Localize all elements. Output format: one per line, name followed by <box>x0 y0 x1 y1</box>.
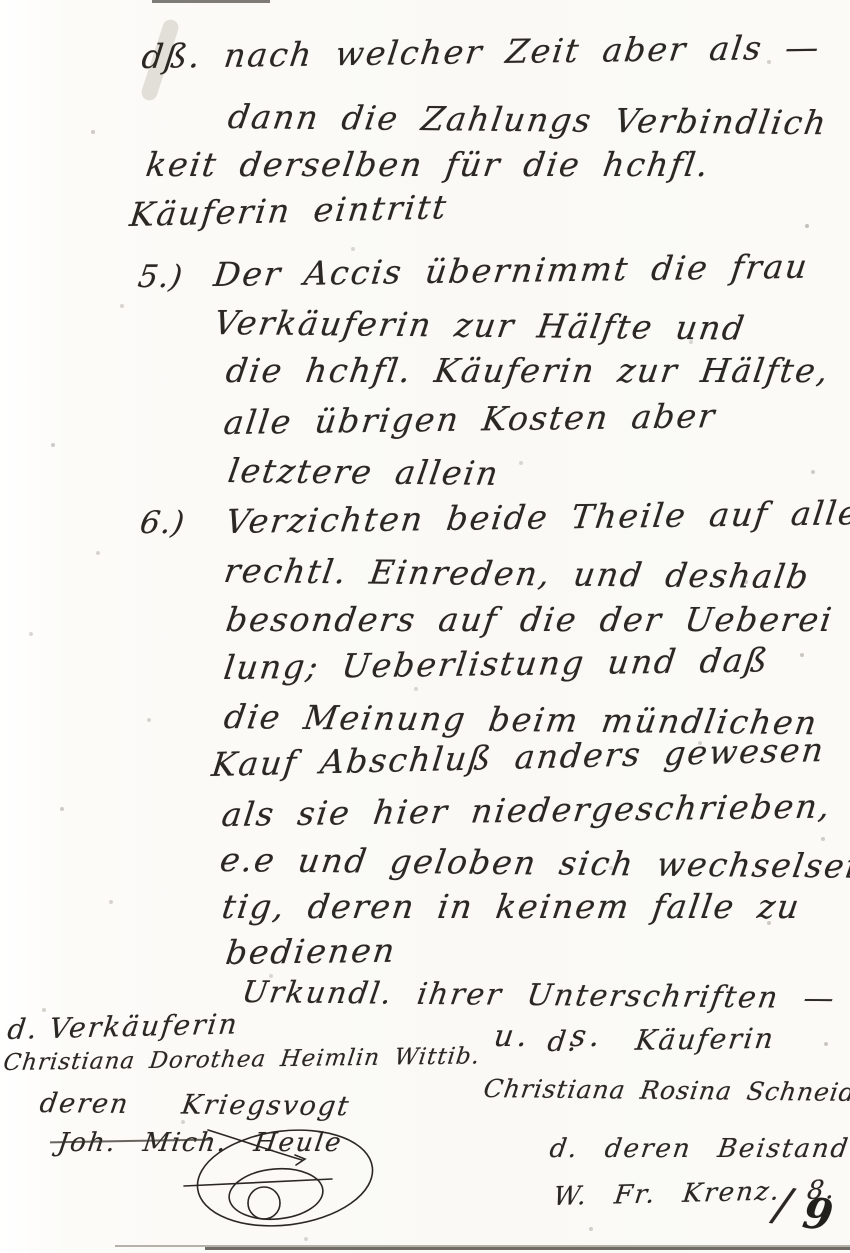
manuscript-line: keit derselben für die hchfl. <box>144 148 712 181</box>
manuscript-line: bedienen <box>224 934 398 969</box>
paper-speckles <box>0 0 2 2</box>
manuscript-line: Käuferin eintritt <box>128 190 450 231</box>
manuscript-line: dß. nach welcher Zeit aber als — <box>140 31 823 73</box>
manuscript-line: alle übrigen Kosten aber <box>222 399 718 439</box>
manuscript-line: die hchfl. Käuferin zur Hälfte, <box>224 354 832 387</box>
manuscript-line: Verzichten beide Theile auf alle <box>224 496 850 538</box>
buyer-role-label: d. Käuferin <box>546 1025 777 1056</box>
manuscript-line: Kauf Abschluß anders gewesen <box>210 733 827 781</box>
section-number: 5.) <box>136 262 185 293</box>
buyer-assistant-role: d. deren Beistand <box>548 1136 850 1162</box>
buyer-assistant-signature: W. Fr. Krenz. 8. <box>552 1177 838 1210</box>
manuscript-line: als sie hier niedergeschrieben, <box>220 790 833 831</box>
manuscript-line: besonders auf die der Ueberei — <box>224 603 850 636</box>
page-number: 9 <box>800 1192 836 1236</box>
manuscript-line: e.e und geloben sich wechselsei — <box>218 843 850 883</box>
manuscript-line: lung; Ueberlistung und daß <box>222 643 771 684</box>
scan-top-edge-artifact <box>152 0 270 3</box>
signature-flourish <box>180 1122 380 1234</box>
buyer-signature-name: Christiana Rosina Schneidin. <box>482 1076 850 1105</box>
manuscript-line: rechtl. Einreden, und deshalb <box>222 554 812 593</box>
scan-bottom-edge-shadow <box>205 1247 850 1250</box>
seller-role-label: d. Verkäuferin <box>6 1010 240 1044</box>
seller-signature-name: Christiana Dorothea Heimlin Wittib. <box>2 1045 481 1075</box>
section-number: 6.) <box>138 508 187 539</box>
attestation-line: Urkundl. ihrer Unterschriften — <box>240 978 838 1014</box>
manuscript-page: dß. nach welcher Zeit aber als — dann di… <box>0 0 850 1253</box>
manuscript-line: Verkäuferin zur Hälfte und <box>212 306 748 345</box>
seller-guardian-role: deren Kriegsvogt <box>38 1090 352 1120</box>
manuscript-line: letztere allein <box>226 454 502 490</box>
manuscript-line: Der Accis übernimmt die frau <box>212 250 811 291</box>
manuscript-line: tig, deren in keinem falle zu <box>220 890 803 923</box>
manuscript-line: dann die Zahlungs Verbindlich — <box>226 100 850 140</box>
